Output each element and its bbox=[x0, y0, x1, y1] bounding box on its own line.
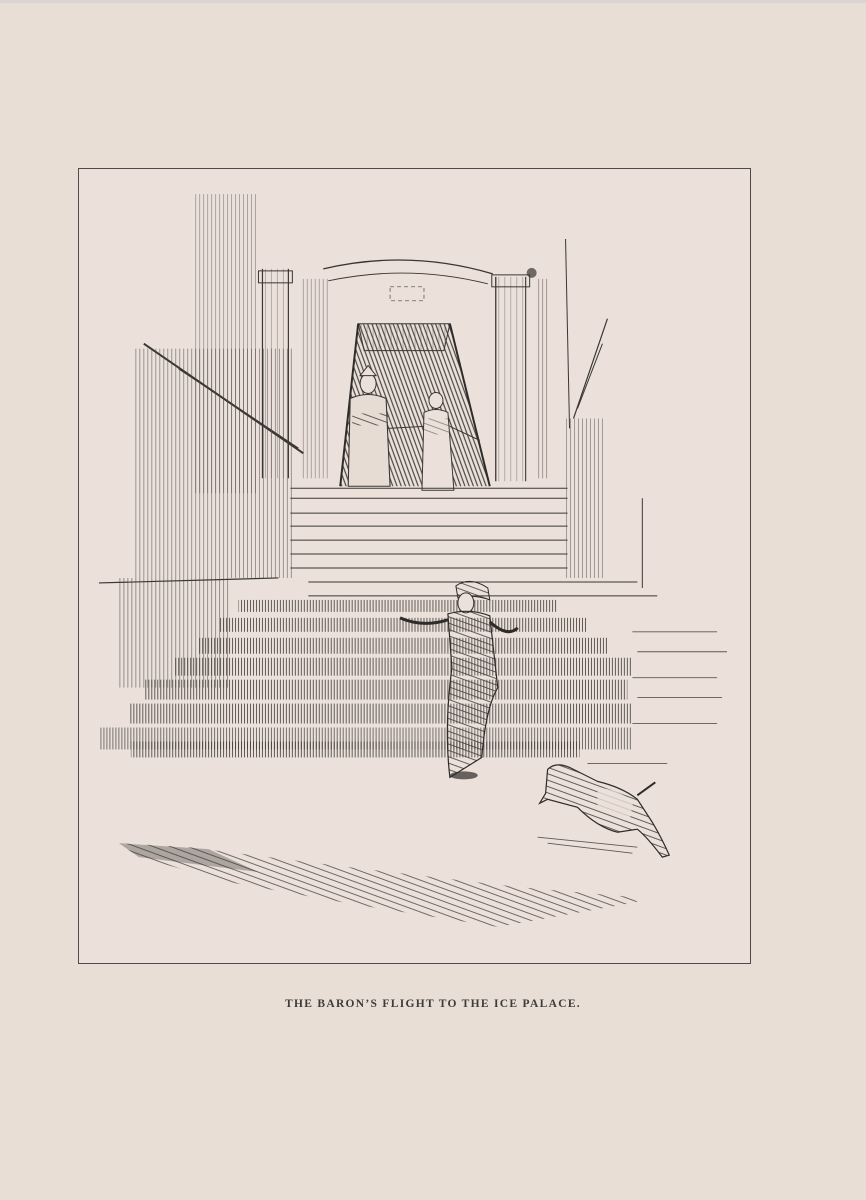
illustration-plate bbox=[78, 168, 751, 964]
foreground-shadow bbox=[119, 843, 637, 927]
scan-edge bbox=[0, 0, 866, 3]
book-page: THE BARON’S FLIGHT TO THE ICE PALACE. bbox=[0, 0, 866, 1200]
right-wall-shadow bbox=[566, 239, 643, 588]
leaping-dog bbox=[538, 765, 670, 857]
engraving-illustration bbox=[79, 169, 750, 963]
illustration-caption: THE BARON’S FLIGHT TO THE ICE PALACE. bbox=[0, 998, 866, 1010]
